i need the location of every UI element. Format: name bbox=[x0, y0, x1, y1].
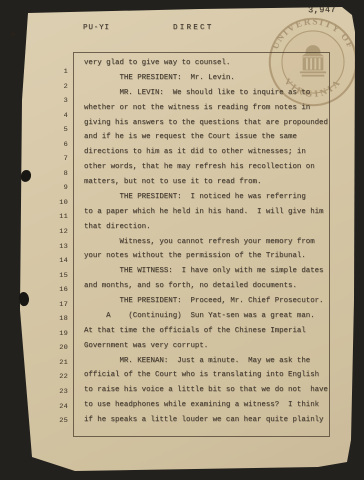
line-number: 11 bbox=[38, 213, 68, 228]
line-number: 8 bbox=[38, 170, 68, 185]
line-number: 23 bbox=[38, 388, 68, 403]
line-number: 14 bbox=[38, 257, 68, 272]
header-exam-label: DIRECT bbox=[173, 24, 214, 32]
transcript-line: At that time the officials of the Chines… bbox=[84, 327, 360, 342]
paper-sheet: 3,947 UNIVERSITY OF VIRGINIA bbox=[0, 0, 364, 480]
transcript-lines: very glad to give way to counsel. THE PR… bbox=[84, 59, 360, 431]
line-number: 15 bbox=[38, 272, 68, 287]
transcript-line: to a paper which he held in his hand. I … bbox=[84, 208, 360, 223]
line-number: 7 bbox=[38, 155, 68, 170]
line-number: 2 bbox=[38, 83, 68, 98]
transcript-line: A (Continuing) Sun Yat-sen was a great m… bbox=[84, 312, 360, 327]
transcript-line: matters, but not to use it to read from. bbox=[84, 178, 360, 193]
transcript-line: MR. KEENAN: Just a minute. May we ask th… bbox=[84, 357, 360, 372]
transcript-line: to raise his voice a little bit so that … bbox=[84, 386, 360, 401]
transcript-line: your notes without the permission of the… bbox=[84, 252, 360, 267]
transcript-line: directions to him as it did to other wit… bbox=[84, 148, 360, 163]
line-number: 19 bbox=[38, 330, 68, 345]
line-number: 1 bbox=[38, 68, 68, 83]
transcript-line: very glad to give way to counsel. bbox=[84, 59, 360, 74]
transcript-line: MR. LEVIN: We should like to inquire as … bbox=[84, 89, 360, 104]
transcript-line: to use headphones while examining a witn… bbox=[84, 401, 360, 416]
transcript-line: Witness, you cannot refresh your memory … bbox=[84, 238, 360, 253]
transcript-line: official of the Court who is translating… bbox=[84, 371, 360, 386]
line-number: 9 bbox=[38, 184, 68, 199]
transcript-line: other words, that he may refresh his rec… bbox=[84, 163, 360, 178]
line-number: 16 bbox=[38, 286, 68, 301]
document-scan: 3,947 UNIVERSITY OF VIRGINIA bbox=[0, 0, 364, 480]
line-number: 20 bbox=[38, 344, 68, 359]
line-number: 24 bbox=[38, 403, 68, 418]
transcript-line: Government was very corrupt. bbox=[84, 342, 360, 357]
line-number: 18 bbox=[38, 315, 68, 330]
transcript-line: whether or not the witness is reading fr… bbox=[84, 104, 360, 119]
line-number: 5 bbox=[38, 126, 68, 141]
paper-speck bbox=[11, 32, 15, 37]
transcript-line: and months, and so forth, no detailed do… bbox=[84, 282, 360, 297]
transcript-line: THE PRESIDENT: Mr. Levin. bbox=[84, 74, 360, 89]
page-number: 3,947 bbox=[308, 5, 336, 15]
line-number: 21 bbox=[38, 359, 68, 374]
transcript-line: if he speaks a little louder we can hear… bbox=[84, 416, 360, 431]
transcript-line: that direction. bbox=[84, 223, 360, 238]
header-case-label: PU-YI bbox=[83, 24, 110, 32]
line-number: 12 bbox=[38, 228, 68, 243]
transcript-line: THE WITNESS: I have only with me simple … bbox=[84, 267, 360, 282]
line-number: 6 bbox=[38, 141, 68, 156]
line-number: 4 bbox=[38, 112, 68, 127]
line-number: 17 bbox=[38, 301, 68, 316]
line-number: 3 bbox=[38, 97, 68, 112]
line-number-column: 1234567891011121314151617181920212223242… bbox=[38, 68, 68, 432]
line-number: 25 bbox=[38, 417, 68, 432]
transcript-line: and if he is we request the Court issue … bbox=[84, 133, 360, 148]
transcript-line: giving his answers to the questions that… bbox=[84, 119, 360, 134]
line-number: 10 bbox=[38, 199, 68, 214]
transcript-line: THE PRESIDENT: Proceed, Mr. Chief Prosec… bbox=[84, 297, 360, 312]
transcript-line: THE PRESIDENT: I noticed he was referrin… bbox=[84, 193, 360, 208]
line-number: 13 bbox=[38, 243, 68, 258]
line-number: 22 bbox=[38, 373, 68, 388]
